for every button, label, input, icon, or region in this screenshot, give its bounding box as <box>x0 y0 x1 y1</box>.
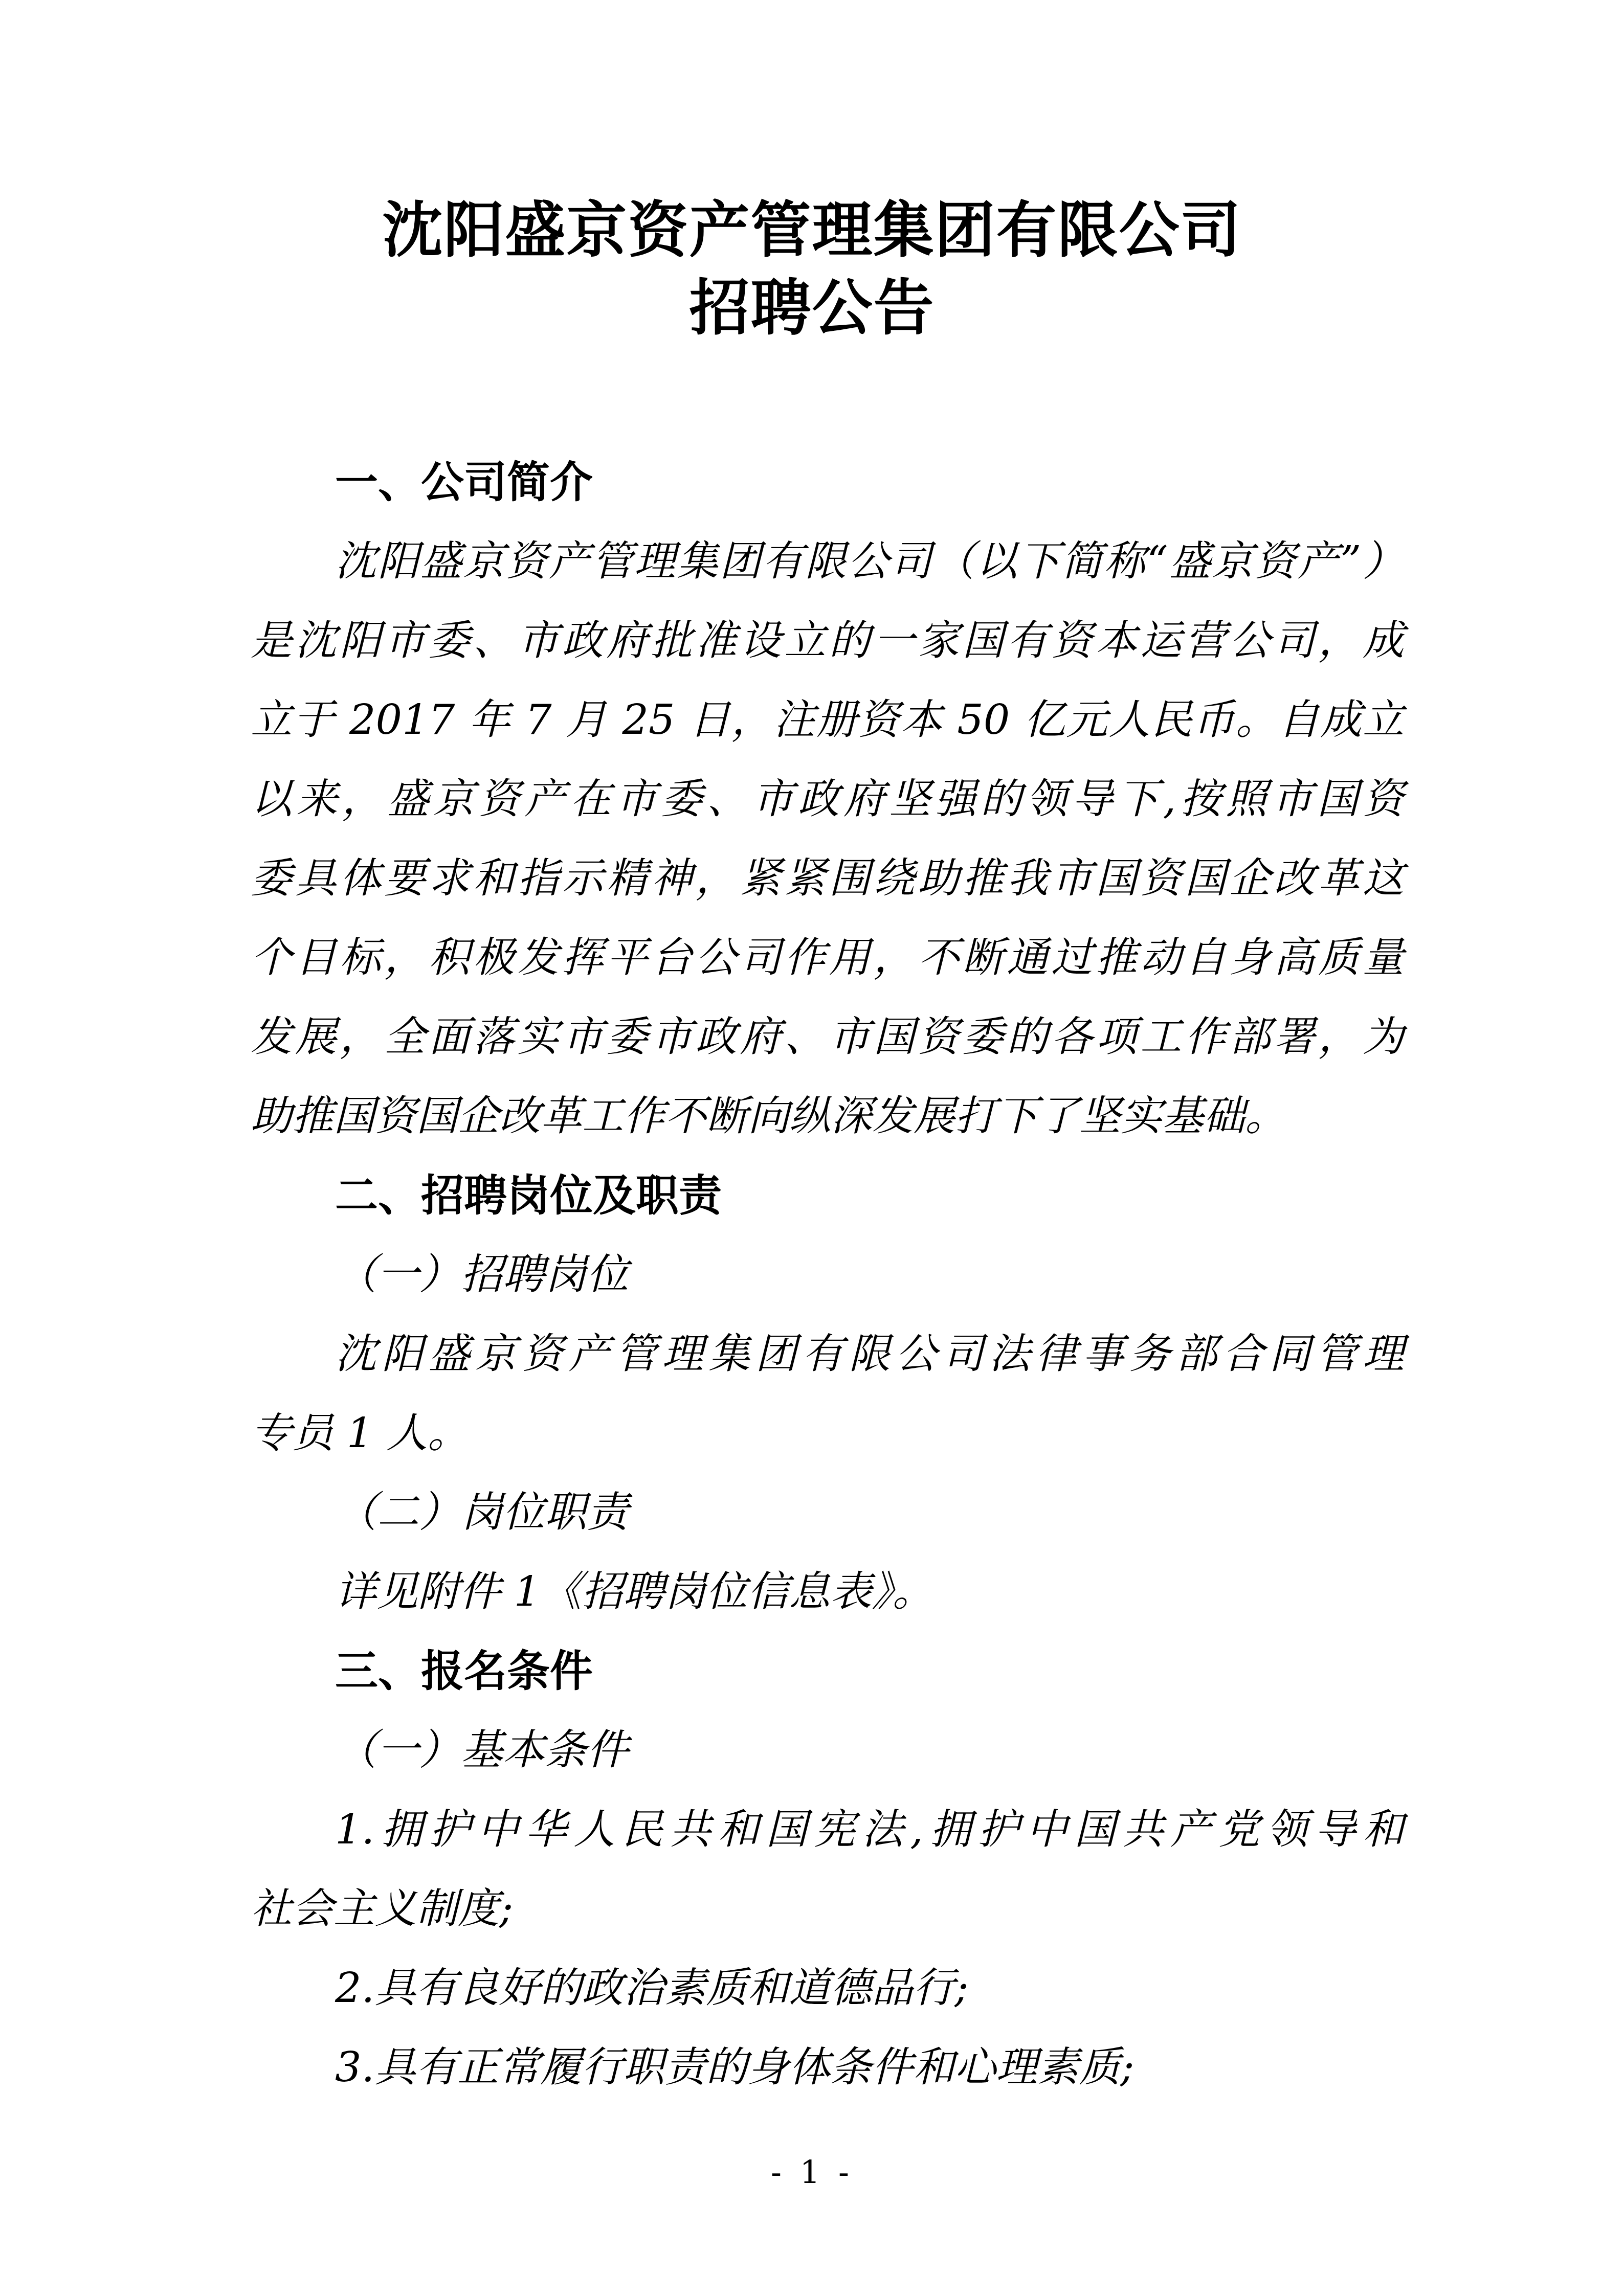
paragraph-company-intro-line: 立于 2017 年 7 月 25 日，注册资本 50 亿元人民币。自成立 <box>251 691 1404 749</box>
document-page: 沈阳盛京资产管理集团有限公司 招聘公告 一、公司简介 沈阳盛京资产管理集团有限公… <box>0 0 1624 2296</box>
paragraph-company-intro-line: 是沈阳市委、市政府批准设立的一家国有资本运营公司，成 <box>251 612 1404 669</box>
heading-section-2: 二、招聘岗位及职责 <box>251 1167 1404 1224</box>
paragraph-company-intro-line: 助推国资国企改革工作不断向纵深发展打下了坚实基础。 <box>251 1088 1404 1145</box>
condition-item-line: 3.具有正常履行职责的身体条件和心理素质; <box>251 2039 1404 2096</box>
subheading-position-duty: （二）岗位职责 <box>251 1484 1404 1541</box>
page-number: - 1 - <box>0 2147 1624 2198</box>
subheading-recruit-position: （一）招聘岗位 <box>251 1246 1404 1303</box>
paragraph-company-intro-line: 沈阳盛京资产管理集团有限公司（以下简称“盛京资产”） <box>251 533 1404 590</box>
document-title-line1: 沈阳盛京资产管理集团有限公司 <box>0 197 1624 263</box>
paragraph-company-intro-line: 个目标，积极发挥平台公司作用，不断通过推动自身高质量 <box>251 929 1404 986</box>
paragraph-company-intro-line: 发展，全面落实市委市政府、市国资委的各项工作部署，为 <box>251 1008 1404 1066</box>
document-title-line2: 招聘公告 <box>0 275 1624 341</box>
paragraph-position-line: 沈阳盛京资产管理集团有限公司法律事务部合同管理 <box>251 1325 1404 1383</box>
paragraph-duty-line: 详见附件 1《招聘岗位信息表》。 <box>251 1563 1404 1620</box>
condition-item-line: 社会主义制度; <box>251 1880 1404 1938</box>
condition-item-line: 1.拥护中华人民共和国宪法,拥护中国共产党领导和 <box>251 1801 1404 1858</box>
condition-item-line: 2.具有良好的政治素质和道德品行; <box>251 1960 1404 2017</box>
subheading-basic-conditions: （一）基本条件 <box>251 1722 1404 1779</box>
heading-section-1: 一、公司简介 <box>251 454 1404 511</box>
paragraph-company-intro-line: 委具体要求和指示精神，紧紧围绕助推我市国资国企改革这 <box>251 850 1404 907</box>
paragraph-company-intro-line: 以来，盛京资产在市委、市政府坚强的领导下,按照市国资 <box>251 771 1404 828</box>
heading-section-3: 三、报名条件 <box>251 1642 1404 1700</box>
paragraph-position-line: 专员 1 人。 <box>251 1405 1404 1462</box>
